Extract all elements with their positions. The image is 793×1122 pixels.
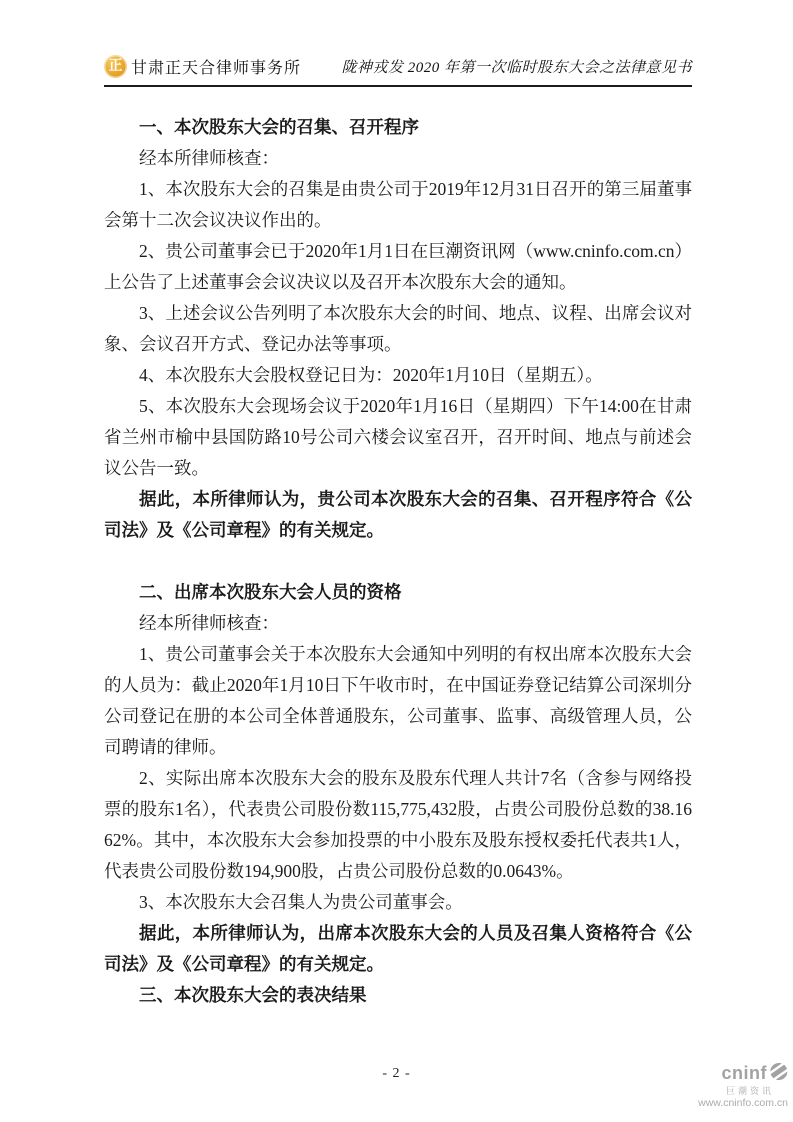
paragraph: 1、本次股东大会的召集是由贵公司于2019年12月31日召开的第三届董事会第十二… [104,174,692,236]
page-header: 正 甘肃正天合律师事务所 陇神戎发 2020 年第一次临时股东大会之法律意见书 [104,0,692,87]
paragraph: 据此，本所律师认为，贵公司本次股东大会的召集、召开程序符合《公司法》及《公司章程… [104,484,692,546]
paragraph: 3、上述会议公告列明了本次股东大会的时间、地点、议程、出席会议对象、会议召开方式… [104,298,692,360]
firm-name: 甘肃正天合律师事务所 [131,55,301,78]
paragraph: 经本所律师核查： [104,143,692,174]
paragraph: 据此，本所律师认为，出席本次股东大会的人员及召集人资格符合《公司法》及《公司章程… [104,918,692,980]
cninfo-url: www.cninfo.com.cn [676,1098,788,1110]
paragraph: 2、实际出席本次股东大会的股东及股东代理人共计7名（含参与网络投票的股东1名），… [104,763,692,887]
cninfo-name: 巨潮资讯 [676,1087,788,1097]
paragraph: 4、本次股东大会股权登记日为：2020年1月10日（星期五）。 [104,360,692,391]
section-heading: 二、出席本次股东大会人员的资格 [104,577,692,608]
paragraph: 经本所律师核查： [104,608,692,639]
cninfo-swirl-icon [767,1061,789,1087]
document-page: 正 甘肃正天合律师事务所 陇神戎发 2020 年第一次临时股东大会之法律意见书 … [0,0,793,1122]
law-firm-brand: 正 甘肃正天合律师事务所 [104,55,301,78]
paragraph: 1、贵公司董事会关于本次股东大会通知中列明的有权出席本次股东大会的人员为：截止2… [104,639,692,763]
section-heading: 三、本次股东大会的表决结果 [104,980,692,1011]
paragraph: 5、本次股东大会现场会议于2020年1月16日（星期四）下午14:00在甘肃省兰… [104,391,692,484]
page-number: - 2 - [0,1066,793,1082]
firm-logo-icon: 正 [104,55,127,78]
document-body: 一、本次股东大会的召集、召开程序经本所律师核查：1、本次股东大会的召集是由贵公司… [104,112,692,1011]
cninfo-brand-row: cninf [676,1062,788,1086]
paragraph: 3、本次股东大会召集人为贵公司董事会。 [104,887,692,918]
section-heading: 一、本次股东大会的召集、召开程序 [104,112,692,143]
paragraph: 2、贵公司董事会已于2020年1月1日在巨潮资讯网（www.cninfo.com… [104,236,692,298]
cninfo-brand-text: cninf [722,1064,768,1084]
document-title: 陇神戎发 2020 年第一次临时股东大会之法律意见书 [341,56,692,78]
cninfo-watermark: cninf 巨潮资讯 www.cninfo.com.cn [676,1062,788,1110]
paragraph [104,546,692,577]
